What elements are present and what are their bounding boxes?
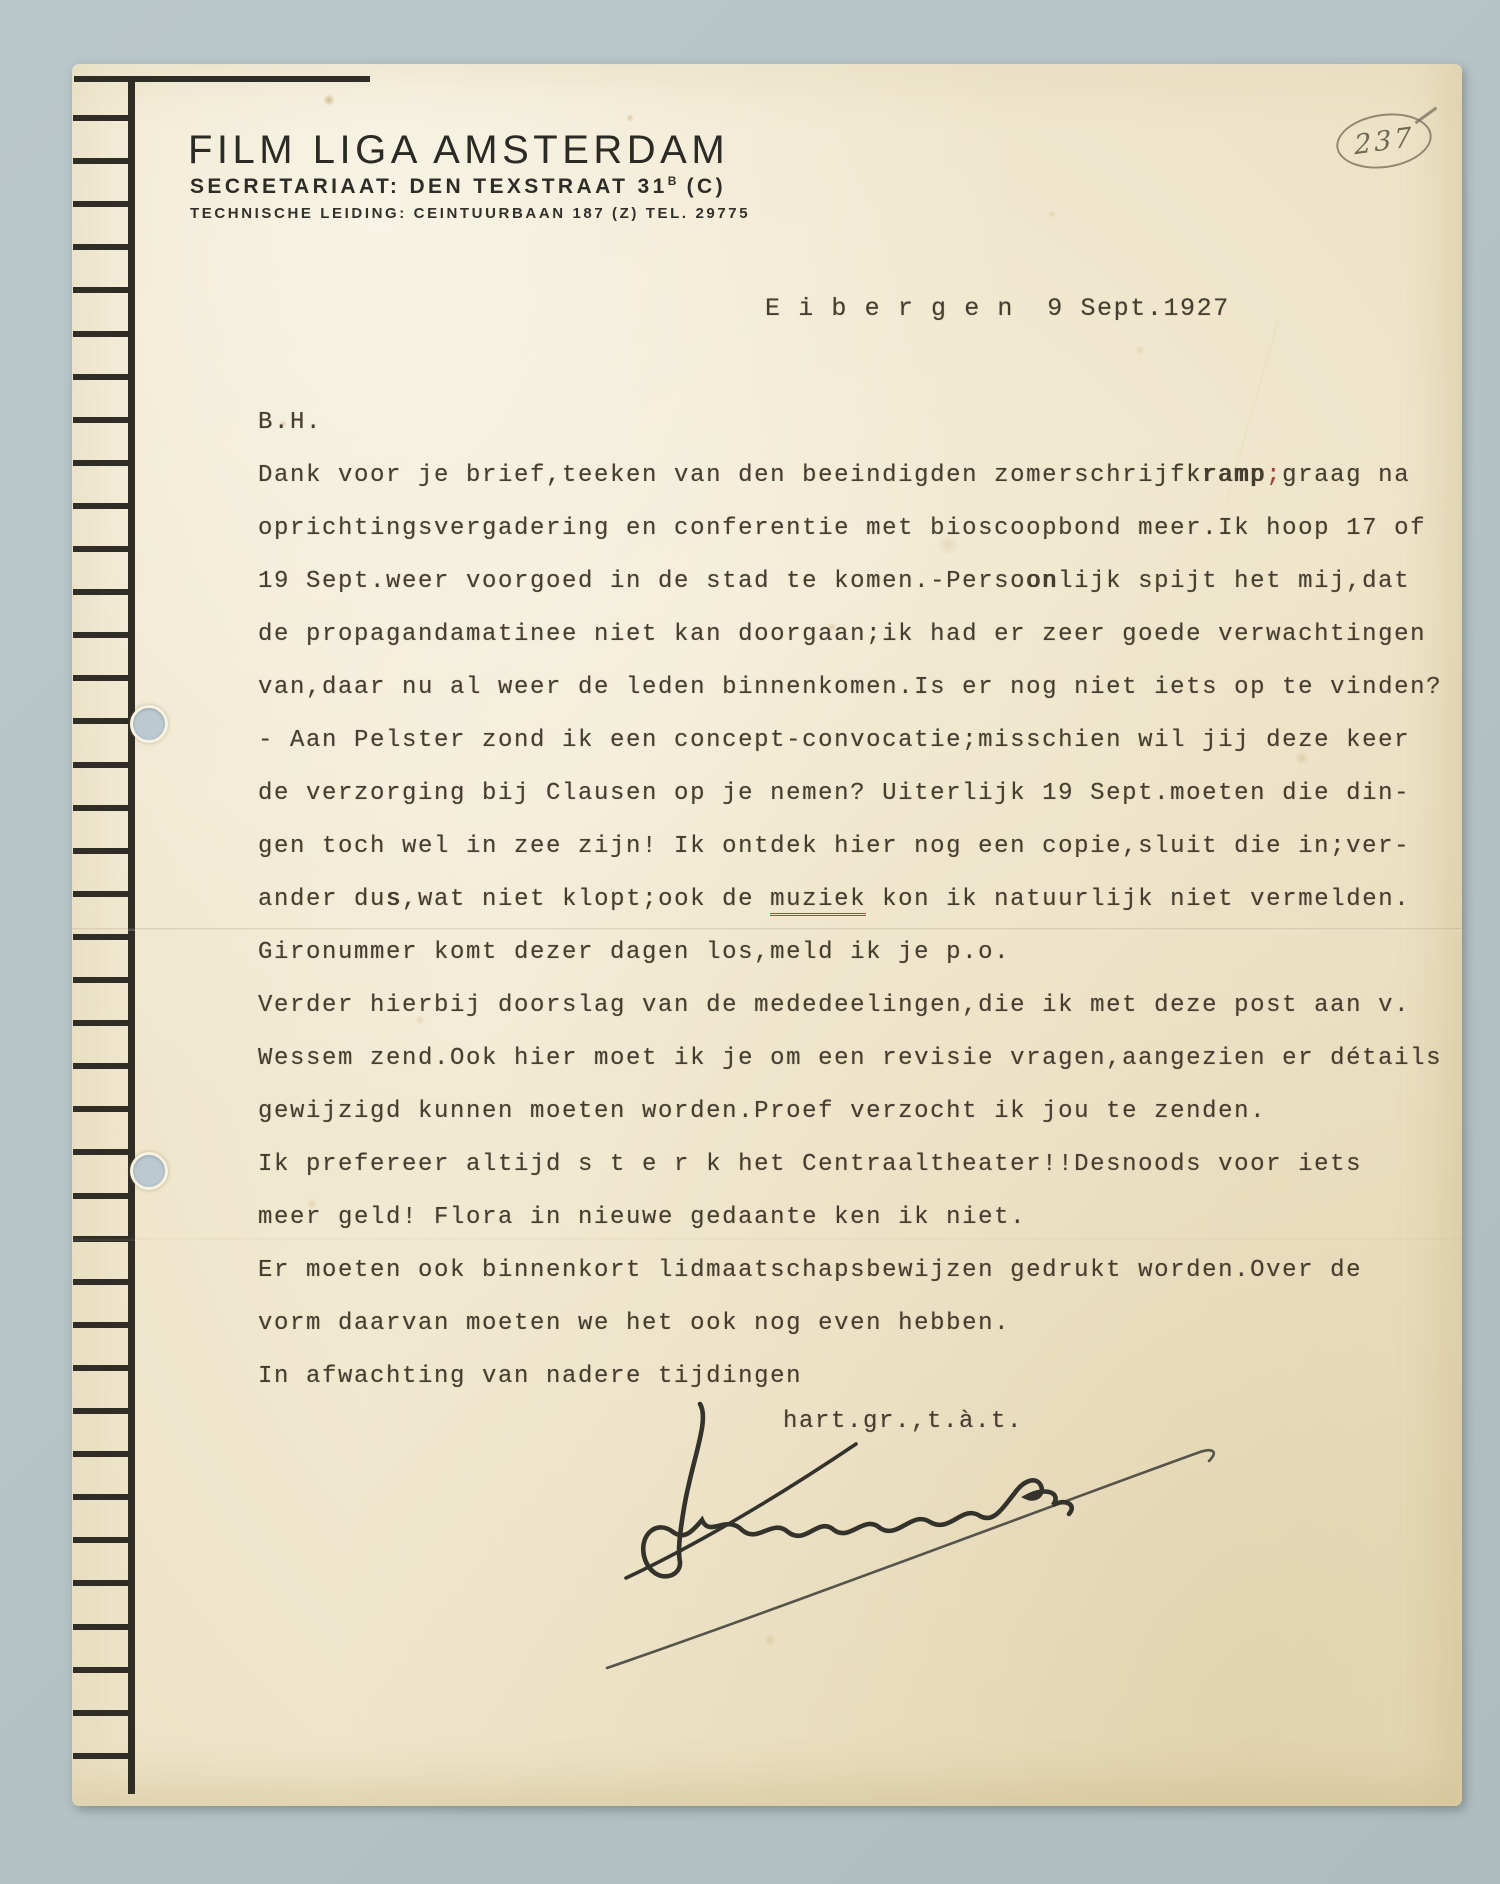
film-strip-rung (73, 1149, 135, 1155)
film-strip-rung (73, 589, 135, 595)
pencil-flourish (1415, 107, 1438, 124)
film-strip-top-line (74, 76, 370, 82)
film-strip-rung (73, 1279, 135, 1285)
technical-direction-line: TECHNISCHE LEIDING: CEINTUURBAAN 187 (Z)… (190, 205, 750, 222)
film-strip-rung (73, 1106, 135, 1112)
film-strip-rung (73, 158, 135, 164)
body-line: vorm daarvan moeten we het ook nog even … (258, 1297, 1488, 1350)
film-strip-rung (73, 1020, 135, 1026)
body-line: B.H. (258, 396, 1488, 449)
film-strip-rung (73, 1753, 135, 1759)
archive-number: 237 (1353, 121, 1414, 161)
body-line: Wessem zend.Ook hier moet ik je om een r… (258, 1032, 1488, 1085)
punch-hole-bottom (130, 1152, 168, 1190)
body-line: 19 Sept.weer voorgoed in de stad te kome… (258, 555, 1488, 608)
film-strip-rung (73, 718, 135, 724)
body-line: meer geld! Flora in nieuwe gedaante ken … (258, 1191, 1488, 1244)
body-line: van,daar nu al weer de leden binnenkomen… (258, 661, 1488, 714)
body-line: de verzorging bij Clausen op je nemen? U… (258, 767, 1488, 820)
underlined-word: muziek (770, 886, 866, 916)
dateline: E i b e r g e n 9 Sept.1927 (765, 294, 1230, 323)
film-strip-rung (73, 1494, 135, 1500)
film-strip-rung (73, 1063, 135, 1069)
district-code: (C) (677, 175, 726, 198)
film-strip-rung (73, 977, 135, 983)
body-line: ander dus,wat niet klopt;ook de muziek k… (258, 873, 1488, 926)
foxing-stain (1048, 210, 1056, 218)
foxing-stain (1135, 345, 1145, 355)
film-strip-rung (73, 762, 135, 768)
film-strip-rung (73, 503, 135, 509)
organization-title: FILM LIGA AMSTERDAM (188, 128, 729, 173)
film-strip-rung (73, 1537, 135, 1543)
film-strip-rung (73, 675, 135, 681)
film-strip-rung (73, 1451, 135, 1457)
film-strip-rung (73, 244, 135, 250)
body-line: Dank voor je brief,teeken van den beeind… (258, 449, 1488, 502)
archive-number-badge: 237 (1333, 108, 1436, 175)
foxing-stain (626, 114, 634, 122)
film-strip-rung (73, 1365, 135, 1371)
film-strip-rung (73, 1624, 135, 1630)
body-line: Ik prefereer altijd s t e r k het Centra… (258, 1138, 1488, 1191)
film-strip-rung (73, 1408, 135, 1414)
film-strip-rung (73, 546, 135, 552)
scanned-letter-screenshot: { "annotation": { "page_number": "237" }… (0, 0, 1500, 1884)
film-strip-rung (73, 1322, 135, 1328)
body-line: gewijzigd kunnen moeten worden.Proef ver… (258, 1085, 1488, 1138)
secretariat-address: SECRETARIAAT: DEN TEXSTRAAT 31 (190, 175, 668, 198)
film-strip-rung (73, 374, 135, 380)
film-strip-rung (73, 632, 135, 638)
body-line: oprichtingsvergadering en conferentie me… (258, 502, 1488, 555)
film-strip-rung (73, 1667, 135, 1673)
secretariat-address-line: SECRETARIAAT: DEN TEXSTRAAT 31B (C) (190, 174, 726, 199)
film-strip-rung (73, 848, 135, 854)
house-number-superscript: B (668, 174, 678, 188)
film-strip-rung (73, 1710, 135, 1716)
film-strip-rung (73, 201, 135, 207)
body-line: Gironummer komt dezer dagen los,meld ik … (258, 926, 1488, 979)
film-strip-rung (73, 1193, 135, 1199)
film-strip-rung (73, 287, 135, 293)
film-strip-rung (73, 460, 135, 466)
film-strip-rung (73, 805, 135, 811)
body-line: de propagandamatinee niet kan doorgaan;i… (258, 608, 1488, 661)
letter-body: B.H.Dank voor je brief,teeken van den be… (258, 396, 1488, 1403)
signature (560, 1390, 1260, 1690)
body-line: - Aan Pelster zond ik een concept-convoc… (258, 714, 1488, 767)
film-strip-rung (73, 1580, 135, 1586)
film-strip-rung (73, 331, 135, 337)
body-line: Er moeten ook binnenkort lidmaatschapsbe… (258, 1244, 1488, 1297)
punch-hole-top (130, 705, 168, 743)
foxing-stain (323, 94, 335, 106)
film-strip-rung (73, 934, 135, 940)
film-strip-rung (73, 417, 135, 423)
letter-page: FILM LIGA AMSTERDAM SECRETARIAAT: DEN TE… (72, 64, 1462, 1806)
film-strip-rung (73, 891, 135, 897)
body-line: Verder hierbij doorslag van de mededeeli… (258, 979, 1488, 1032)
film-strip-rung (73, 115, 135, 121)
body-line: gen toch wel in zee zijn! Ik ontdek hier… (258, 820, 1488, 873)
